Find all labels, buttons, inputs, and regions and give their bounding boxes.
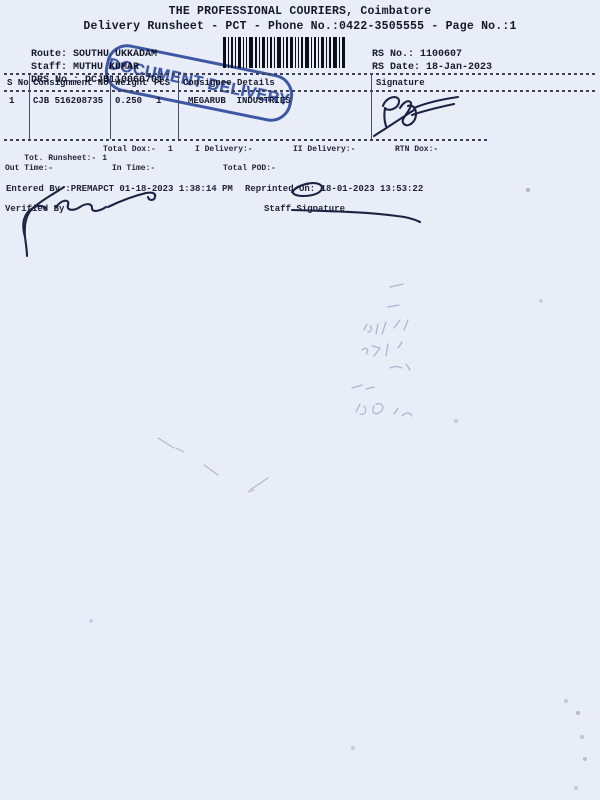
doc-title: THE PROFESSIONAL COURIERS, Coimbatore — [0, 6, 600, 19]
ghost-mark — [350, 380, 382, 392]
ghost-mark — [360, 318, 422, 340]
rs-date-label: RS Date: — [372, 62, 420, 73]
pencil-mark — [156, 434, 188, 456]
runsheet-document: THE PROFESSIONAL COURIERS, Coimbatore De… — [0, 0, 600, 800]
row-consignee: MEGARUB INDUSTRIES — [188, 97, 291, 107]
tot-runsheet-value: 1 — [102, 154, 107, 163]
col-divider-3 — [178, 75, 179, 139]
out-time-label: Out Time:- — [5, 165, 53, 174]
ghost-mark — [386, 301, 402, 311]
row-consignment: CJB 516208735 — [33, 97, 103, 107]
col-divider-2 — [110, 75, 111, 139]
col-header-consignment: Consignment No — [33, 79, 109, 89]
total-dox-value: 1 — [168, 146, 173, 155]
rs-date-value: 18-Jan-2023 — [426, 62, 492, 73]
ii-delivery-label: II Delivery:- — [293, 146, 355, 155]
rtn-dox-label: RTN Dox:- — [395, 146, 438, 155]
consignee-signature — [370, 88, 465, 140]
verified-by-signature — [0, 183, 175, 258]
tot-runsheet-label: Tot. Runsheet:- — [24, 154, 96, 163]
staff-signature-strikethrough — [272, 178, 447, 226]
pencil-mark — [202, 463, 222, 477]
ghost-mark — [350, 398, 414, 424]
doc-subtitle: Delivery Runsheet - PCT - Phone No.:0422… — [0, 21, 600, 34]
table-top-rule — [4, 73, 596, 75]
i-delivery-label: I Delivery:- — [195, 146, 253, 155]
scan-noise — [0, 0, 2, 2]
total-dox-label: Total Dox:- — [103, 146, 156, 155]
ghost-mark — [386, 360, 416, 374]
col-header-weight: Weight — [115, 79, 147, 89]
col-divider-1 — [29, 75, 30, 139]
col-header-sno: S No — [7, 79, 29, 89]
total-pod-label: Total POD:- — [223, 165, 276, 174]
row-pcs: 1 — [156, 97, 161, 107]
row-weight: 0.250 — [115, 97, 142, 107]
ghost-mark — [358, 340, 413, 360]
pencil-mark — [246, 476, 272, 494]
barcode — [223, 37, 345, 68]
col-header-pcs: PCS — [154, 79, 170, 89]
table-header-rule — [4, 90, 596, 92]
col-header-consignee: Consignee Details — [183, 79, 275, 89]
in-time-label: In Time:- — [112, 165, 155, 174]
row-sno: 1 — [9, 97, 14, 107]
ghost-mark — [388, 281, 406, 291]
